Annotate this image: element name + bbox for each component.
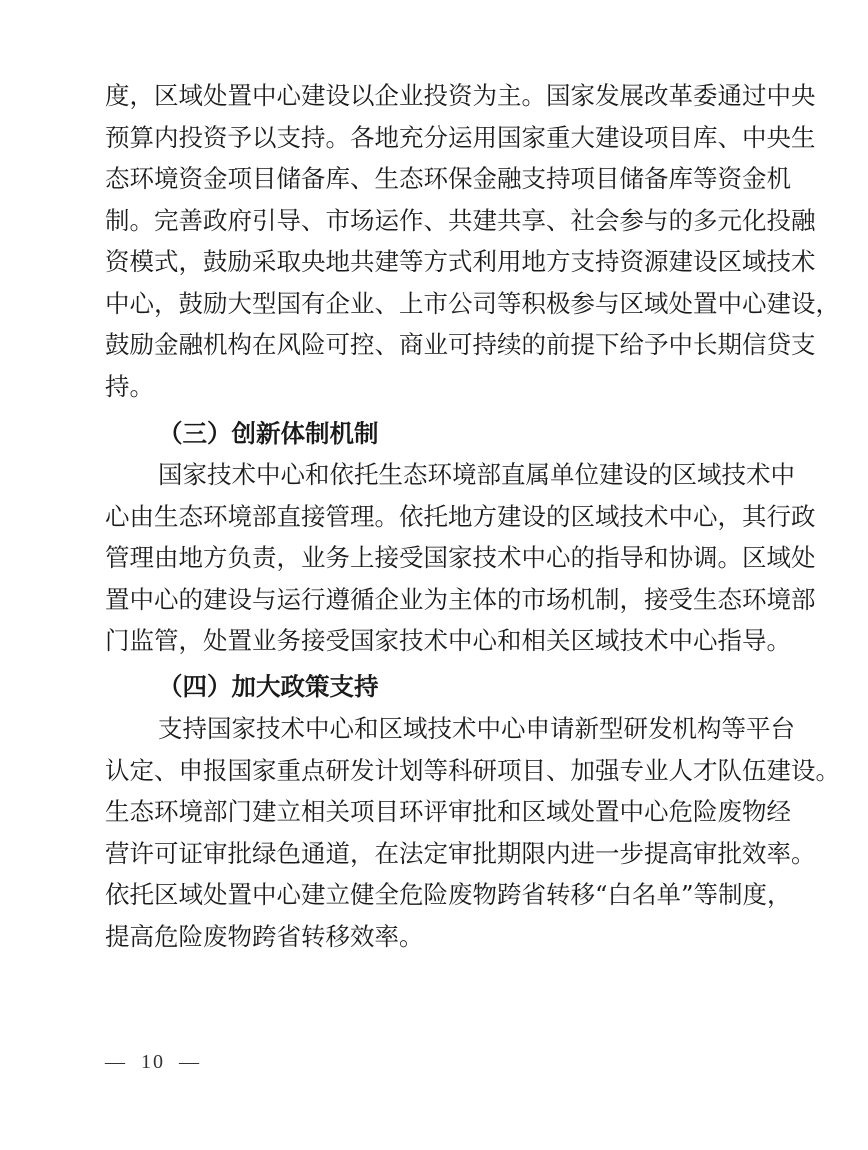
- section-heading: （三）创新体制机制: [158, 413, 379, 454]
- paragraph-line: 度，区域处置中心建设以企业投资为主。国家发展改革委通过中央: [105, 75, 765, 116]
- paragraph-line: 生态环境部门建立相关项目环评审批和区域处置中心危险废物经: [105, 791, 765, 832]
- section-heading: （四）加大政策支持: [158, 666, 379, 707]
- paragraph-line: 制。完善政府引导、市场运作、共建共享、社会参与的多元化投融: [105, 200, 765, 241]
- paragraph-line: 支持国家技术中心和区域技术中心申请新型研发机构等平台: [158, 708, 765, 749]
- paragraph-line: 预算内投资予以支持。各地充分运用国家重大建设项目库、中央生: [105, 117, 765, 158]
- paragraph-line: 鼓励金融机构在风险可控、商业可持续的前提下给予中长期信贷支: [105, 324, 765, 365]
- page-number: — 10 —: [105, 1048, 201, 1076]
- paragraph-line: 中心，鼓励大型国有企业、上市公司等积极参与区域处置中心建设，: [105, 283, 765, 324]
- paragraph-line: 依托区域处置中心建立健全危险废物跨省转移“白名单”等制度，: [105, 874, 765, 915]
- paragraph-line: 提高危险废物跨省转移效率。: [105, 916, 765, 957]
- paragraph-line: 认定、申报国家重点研发计划等科研项目、加强专业人才队伍建设。: [105, 750, 765, 791]
- paragraph-line: 资模式，鼓励采取央地共建等方式利用地方支持资源建设区域技术: [105, 241, 765, 282]
- paragraph-line: 管理由地方负责，业务上接受国家技术中心的指导和协调。区域处: [105, 537, 765, 578]
- paragraph-line: 持。: [105, 366, 765, 407]
- paragraph-line: 态环境资金项目储备库、生态环保金融支持项目储备库等资金机: [105, 158, 765, 199]
- document-page: 度，区域处置中心建设以企业投资为主。国家发展改革委通过中央 预算内投资予以支持。…: [0, 0, 868, 1150]
- paragraph-line: 国家技术中心和依托生态环境部直属单位建设的区域技术中: [158, 454, 765, 495]
- paragraph-line: 置中心的建设与运行遵循企业为主体的市场机制，接受生态环境部: [105, 579, 765, 620]
- paragraph-line: 营许可证审批绿色通道，在法定审批期限内进一步提高审批效率。: [105, 833, 765, 874]
- paragraph-line: 门监管，处置业务接受国家技术中心和相关区域技术中心指导。: [105, 620, 765, 661]
- paragraph-line: 心由生态环境部直接管理。依托地方建设的区域技术中心，其行政: [105, 496, 765, 537]
